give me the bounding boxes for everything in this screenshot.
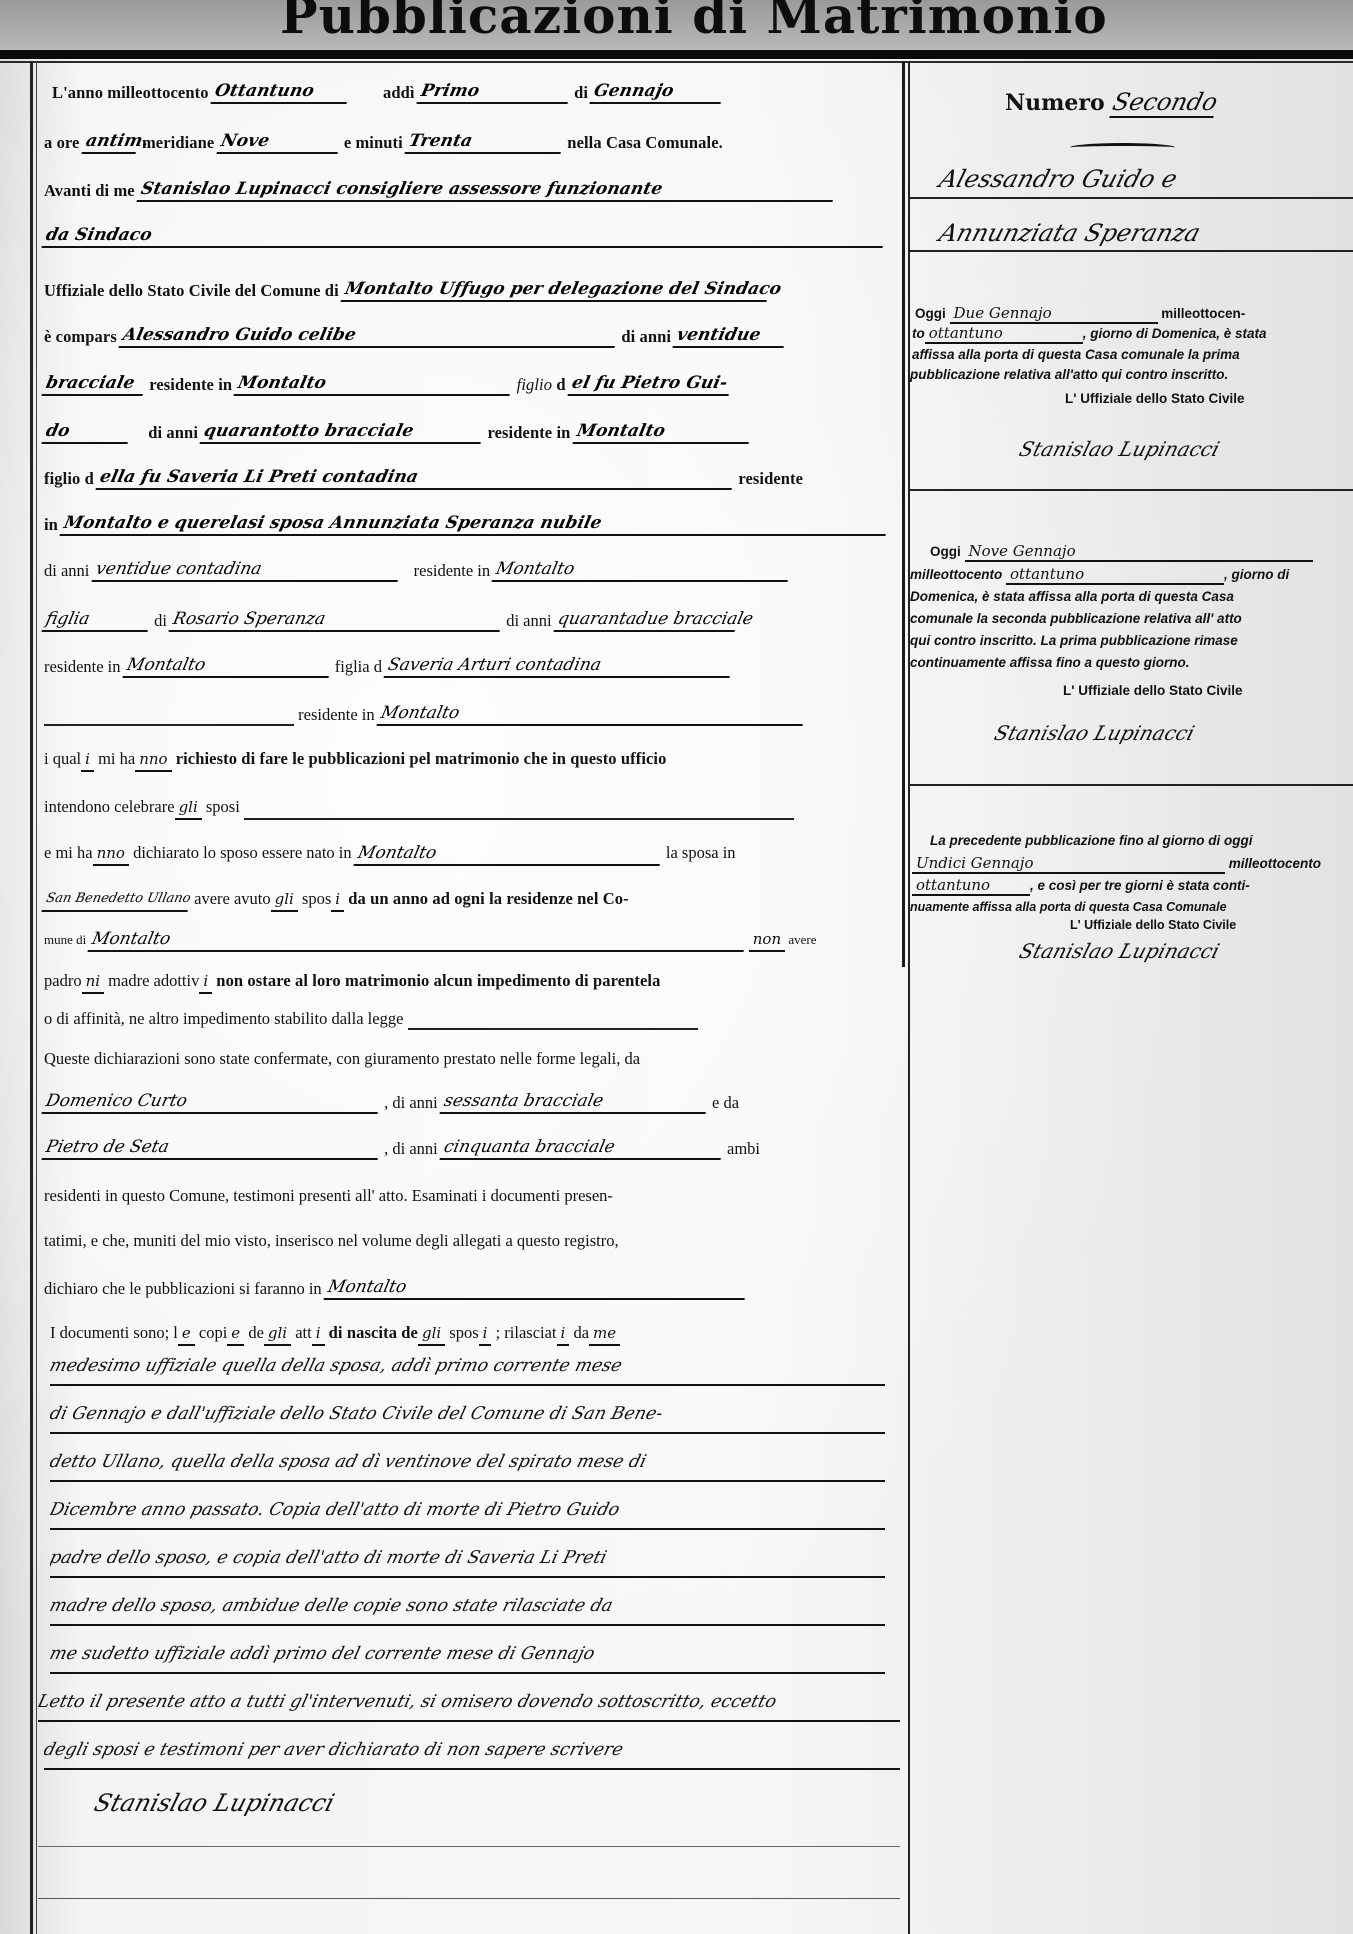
handwritten-line: degli sposi e testimoni per aver dichiar… (44, 1734, 900, 1770)
line-24: Pietro de Seta , di anni cinquanta bracc… (44, 1136, 760, 1160)
line-5: Uffiziale dello Stato Civile del Comune … (44, 278, 769, 302)
line-14: residente in Montalto (44, 702, 805, 726)
line-6: è compars Alessandro Guido celibe di ann… (44, 324, 786, 348)
handwritten-witness-2: Pietro de Seta (41, 1136, 382, 1160)
decorative-flourish (1070, 143, 1175, 152)
handwritten-month: Gennajo (590, 80, 726, 104)
document-title: Pubblicazioni di Matrimonio (280, 0, 1180, 45)
line-20: padroni madre adottivi non ostare al lor… (44, 970, 660, 994)
line-21: o di affinità, ne altro impedimento stab… (44, 1008, 698, 1030)
line-7: bracciale residente in Montalto figlio d… (44, 372, 731, 396)
handwritten-line: Letto il presente atto a tutti gl'interv… (38, 1686, 900, 1722)
line-1: L'anno milleottocento Ottantuno addì Pri… (52, 80, 723, 104)
handwritten-year: Ottantuno (210, 80, 351, 104)
handwritten-line: padre dello sposo, e copia dell'atto di … (50, 1542, 885, 1578)
spouse-names-1: Alessandro Guido e (940, 168, 1176, 193)
line-2: a ore antim. meridiane Nove e minuti Tre… (44, 130, 723, 154)
line-23: Domenico Curto , di anni sessanta bracci… (44, 1090, 739, 1114)
handwritten-line: Dicembre anno passato. Copia dell'atto d… (50, 1494, 885, 1530)
left-border (30, 62, 33, 1934)
line-15: i quali mi hanno richiesto di fare le pu… (44, 748, 666, 772)
line-12: figlia di Rosario Speranza di anni quara… (44, 608, 737, 632)
line-11: di anni ventidue contadina residente in … (44, 558, 790, 582)
left-border-thin (36, 62, 37, 1934)
handwritten-day: Primo (416, 80, 572, 104)
line-25: residenti in questo Comune, testimoni pr… (44, 1185, 613, 1207)
line-26: tatimi, e che, muniti del mio visto, ins… (44, 1230, 619, 1252)
record-number-value: Secondo (1109, 88, 1220, 118)
line-18: San Benedetto Ullano avere avutogli spos… (44, 888, 629, 912)
handwritten-groom-name: Alessandro Guido celibe (119, 324, 620, 348)
line-4: da Sindaco (44, 224, 885, 248)
line-13: residente in Montalto figlia d Saveria A… (44, 654, 732, 678)
handwritten-officer: Stanislao Lupinacci consigliere assessor… (136, 178, 837, 202)
line-8: do di anni quarantotto bracciale residen… (44, 420, 751, 444)
first-pub-signature: Stanislao Lupinacci (1020, 438, 1219, 462)
spouse-names-2: Annunziata Speranza (940, 222, 1200, 247)
handwritten-line: me sudetto uffiziale addì primo del corr… (50, 1638, 885, 1674)
line-17: e mi hanno dichiarato lo sposo essere na… (44, 842, 736, 866)
handwritten-line: medesimo uffiziale quella della sposa, a… (50, 1350, 885, 1386)
line-19: mune di Montalto non avere (44, 928, 817, 952)
handwritten-line: detto Ullano, quella della sposa ad dì v… (50, 1446, 885, 1482)
line-22: Queste dichiarazioni sono state conferma… (44, 1048, 640, 1070)
header-rule (0, 50, 1353, 59)
line-27: dichiaro che le pubblicazioni si faranno… (44, 1276, 747, 1300)
record-number: NumeroSecondo (1005, 88, 1216, 118)
officer-signature: Stanislao Lupinacci (95, 1792, 334, 1817)
third-note-signature: Stanislao Lupinacci (1020, 940, 1219, 964)
handwritten-line: madre dello sposo, ambidue delle copie s… (50, 1590, 885, 1626)
handwritten-line: di Gennajo e dall'uffiziale dello Stato … (50, 1398, 885, 1434)
line-16: intendono celebraregli sposi (44, 796, 794, 820)
line-3: Avanti di me Stanislao Lupinacci consigl… (44, 178, 835, 202)
line-9: figlio d ella fu Saveria Li Preti contad… (44, 466, 803, 490)
line-28: I documenti sono; le copie degli atti di… (50, 1322, 620, 1346)
line-10: in Montalto e querelasi sposa Annunziata… (44, 512, 888, 536)
handwritten-witness-1: Domenico Curto (41, 1090, 382, 1114)
column-divider-thin (908, 62, 910, 1934)
header-rule-thin (0, 61, 1353, 63)
column-divider (902, 62, 905, 967)
handwritten-bride-name: Montalto e querelasi sposa Annunziata Sp… (60, 512, 891, 536)
second-pub-signature: Stanislao Lupinacci (995, 722, 1194, 746)
